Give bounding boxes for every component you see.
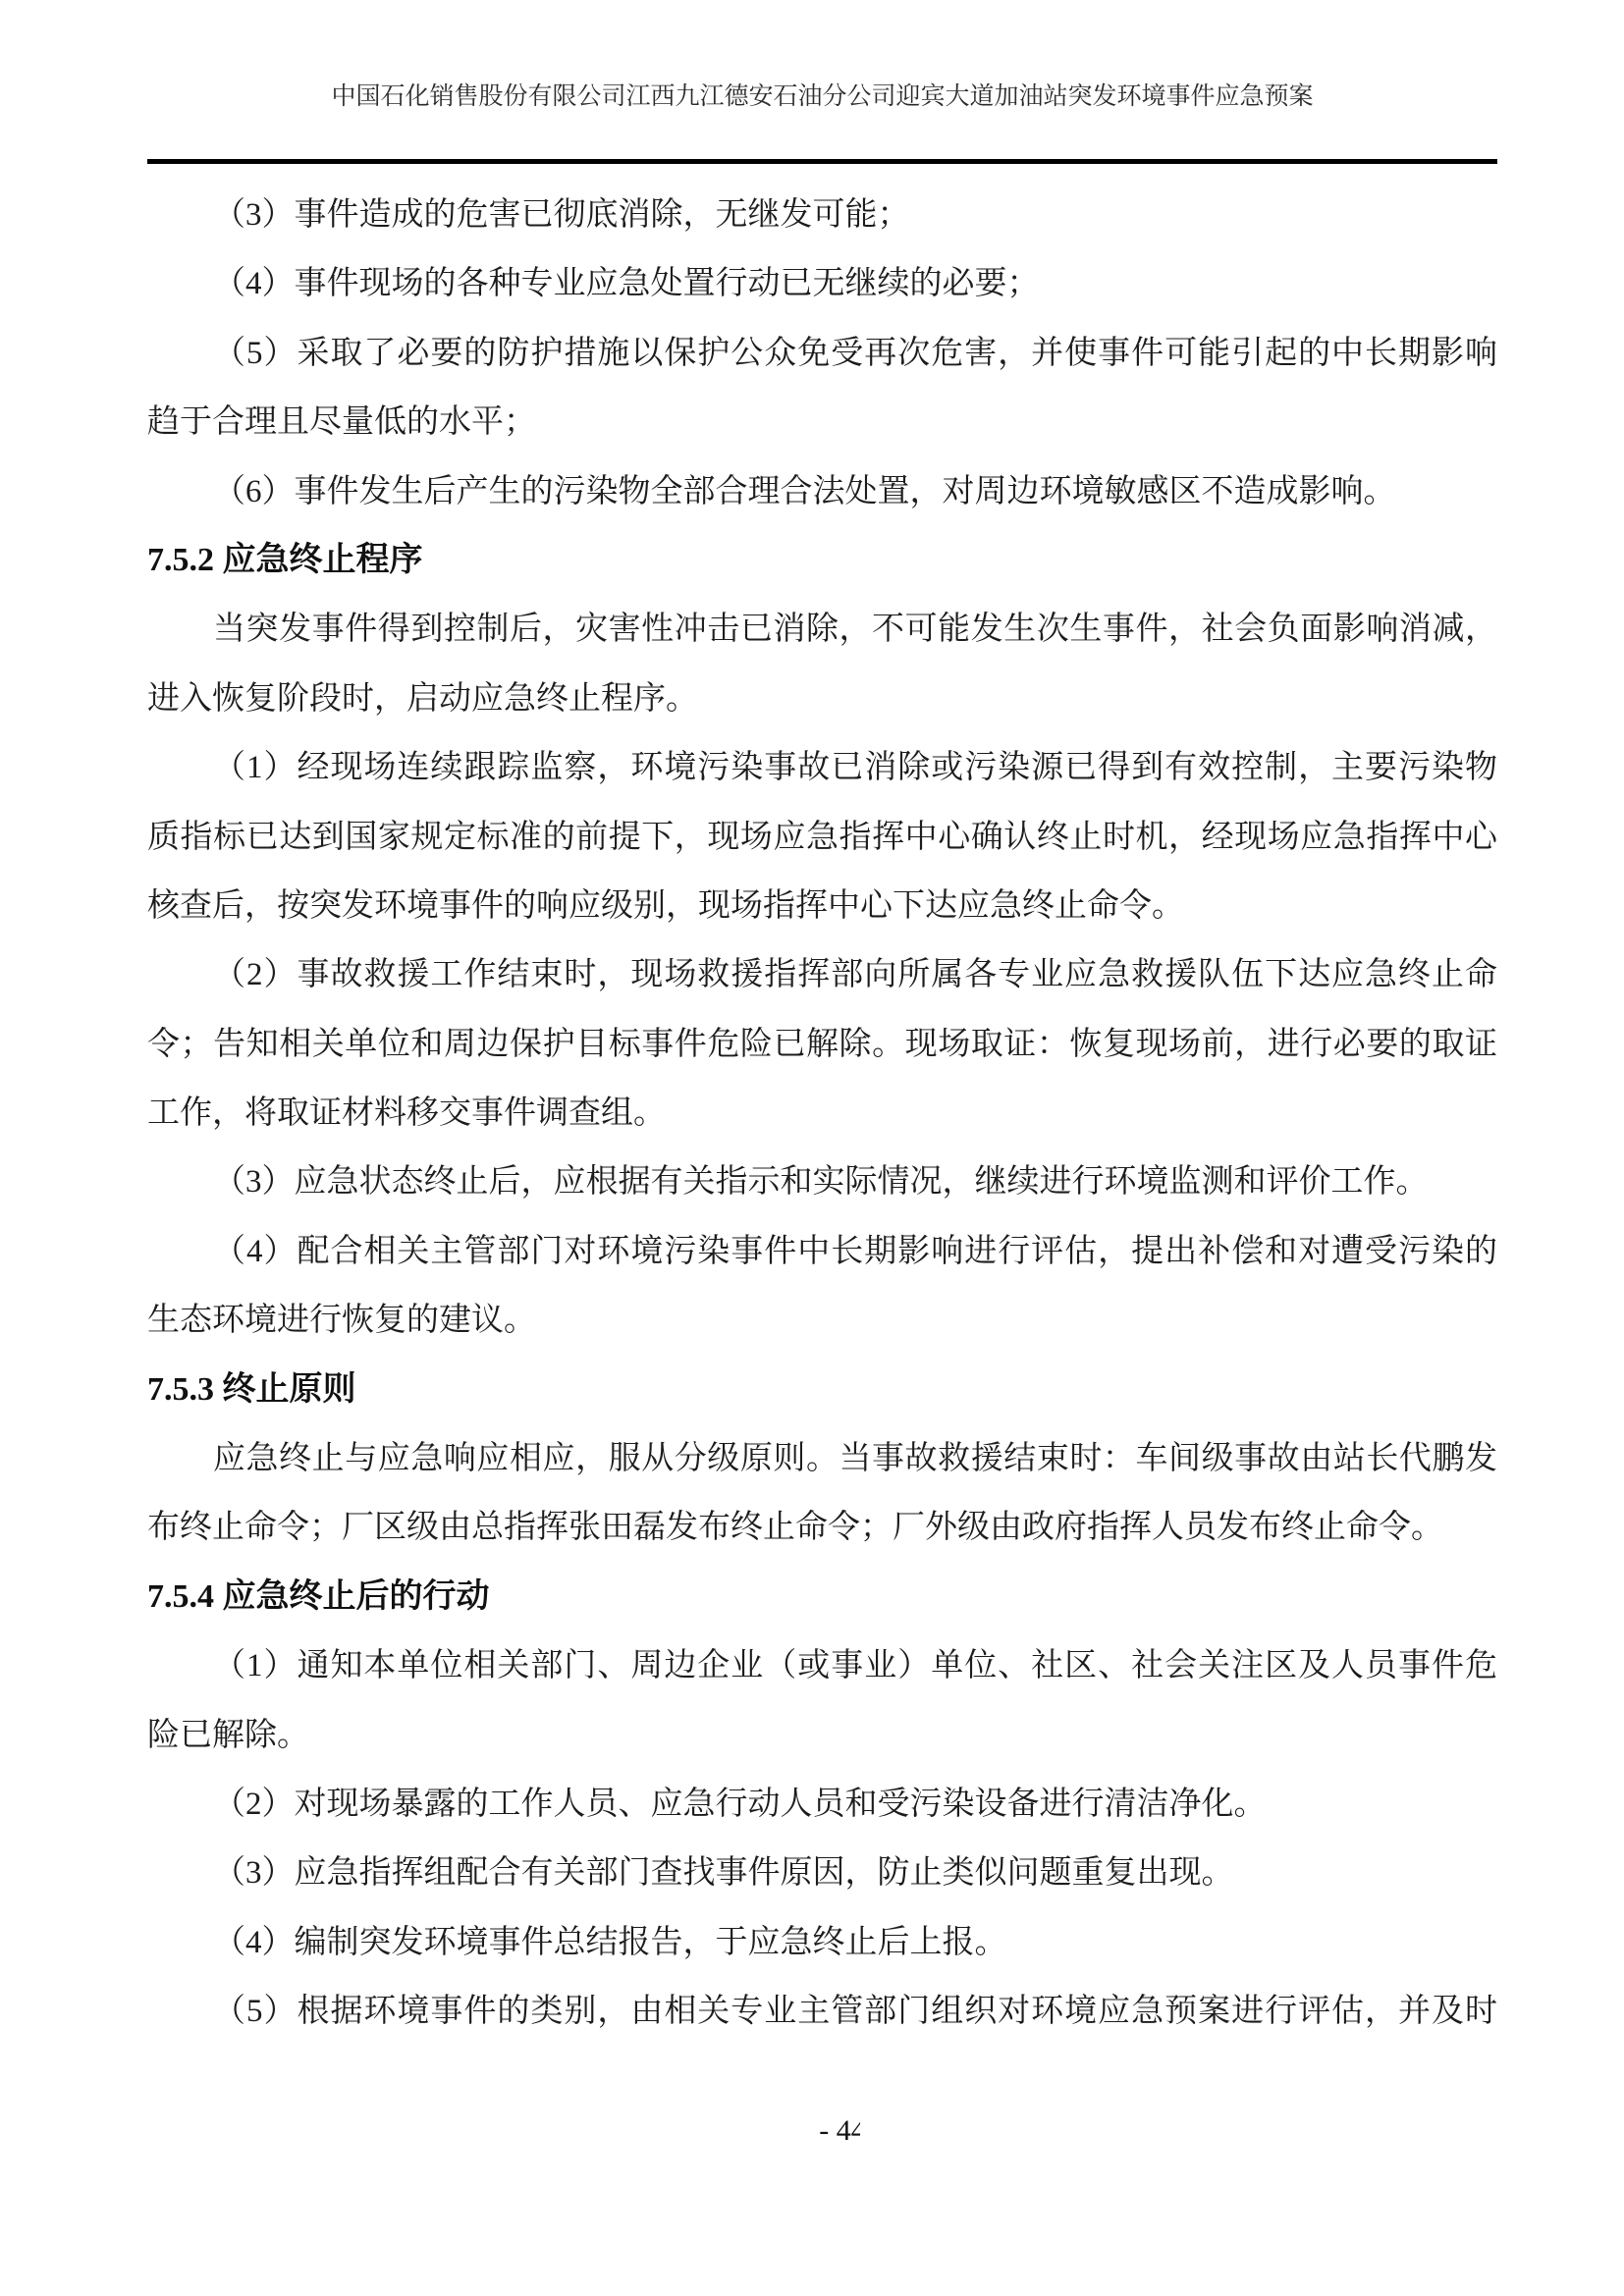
text-line: 令；告知相关单位和周边保护目标事件危险已解除。现场取证：恢复现场前，进行必要的取…: [147, 1010, 1497, 1079]
text-line: （2）事故救援工作结束时，现场救援指挥部向所属各专业应急救援队伍下达应急终止命: [147, 940, 1497, 1009]
text-line: 核查后，按突发环境事件的响应级别，现场指挥中心下达应急终止命令。: [147, 872, 1497, 940]
text-line: 工作，将取证材料移交事件调查组。: [147, 1079, 1497, 1148]
text-line: （1）通知本单位相关部门、周边企业（或事业）单位、社区、社会关注区及人员事件危: [147, 1631, 1497, 1700]
text-line: 进入恢复阶段时，启动应急终止程序。: [147, 665, 1497, 733]
text-line: 趋于合理且尽量低的水平；: [147, 388, 1497, 456]
document-page: 中国石化销售股份有限公司江西九江德安石油分公司迎宾大道加油站突发环境事件应急预案…: [0, 0, 1624, 2296]
text-line: 质指标已达到国家规定标准的前提下，现场应急指挥中心确认终止时机，经现场应急指挥中…: [147, 803, 1497, 872]
page-number-text: - 4: [819, 2114, 851, 2147]
section-heading-752: 7.5.2 应急终止程序: [147, 526, 1497, 595]
text-line: 险已解除。: [147, 1701, 1497, 1770]
section-heading-753: 7.5.3 终止原则: [147, 1356, 1497, 1424]
text-line: （4）配合相关主管部门对环境污染事件中长期影响进行评估，提出补偿和对遭受污染的: [147, 1217, 1497, 1286]
page-header-title: 中国石化销售股份有限公司江西九江德安石油分公司迎宾大道加油站突发环境事件应急预案: [147, 77, 1497, 112]
text-line: （5）根据环境事件的类别，由相关专业主管部门组织对环境应急预案进行评估，并及时: [147, 1977, 1497, 2046]
text-line: （5）采取了必要的防护措施以保护公众免受再次危害，并使事件可能引起的中长期影响: [147, 319, 1497, 388]
text-line: （3）应急指挥组配合有关部门查找事件原因，防止类似问题重复出现。: [147, 1839, 1497, 1907]
text-line: （6）事件发生后产生的污染物全部合理合法处置，对周边环境敏感区不造成影响。: [147, 457, 1497, 526]
section-heading-754: 7.5.4 应急终止后的行动: [147, 1563, 1497, 1631]
document-body: （3）事件造成的危害已彻底消除，无继发可能； （4）事件现场的各种专业应急处置行…: [147, 181, 1497, 2047]
text-line: （3）事件造成的危害已彻底消除，无继发可能；: [147, 181, 1497, 249]
text-line: （4）编制突发环境事件总结报告，于应急终止后上报。: [147, 1908, 1497, 1977]
text-line: （4）事件现场的各种专业应急处置行动已无继续的必要；: [147, 249, 1497, 318]
text-line: （3）应急状态终止后，应根据有关指示和实际情况，继续进行环境监测和评价工作。: [147, 1148, 1497, 1216]
text-line: 当突发事件得到控制后，灾害性冲击已消除，不可能发生次生事件，社会负面影响消减，: [147, 595, 1497, 664]
text-line: 应急终止与应急响应相应，服从分级原则。当事故救援结束时：车间级事故由站长代鹏发: [147, 1424, 1497, 1493]
text-line: 生态环境进行恢复的建议。: [147, 1286, 1497, 1355]
header-rule: [147, 159, 1497, 164]
text-line: （1）经现场连续跟踪监察，环境污染事故已消除或污染源已得到有效控制，主要污染物: [147, 733, 1497, 802]
text-line: 布终止命令；厂区级由总指挥张田磊发布终止命令；厂外级由政府指挥人员发布终止命令。: [147, 1493, 1497, 1562]
page-number: - 44: [55, 2107, 1624, 2156]
text-line: （2）对现场暴露的工作人员、应急行动人员和受污染设备进行清洁净化。: [147, 1770, 1497, 1839]
page-number-clipped-digit: 4: [851, 2107, 860, 2156]
